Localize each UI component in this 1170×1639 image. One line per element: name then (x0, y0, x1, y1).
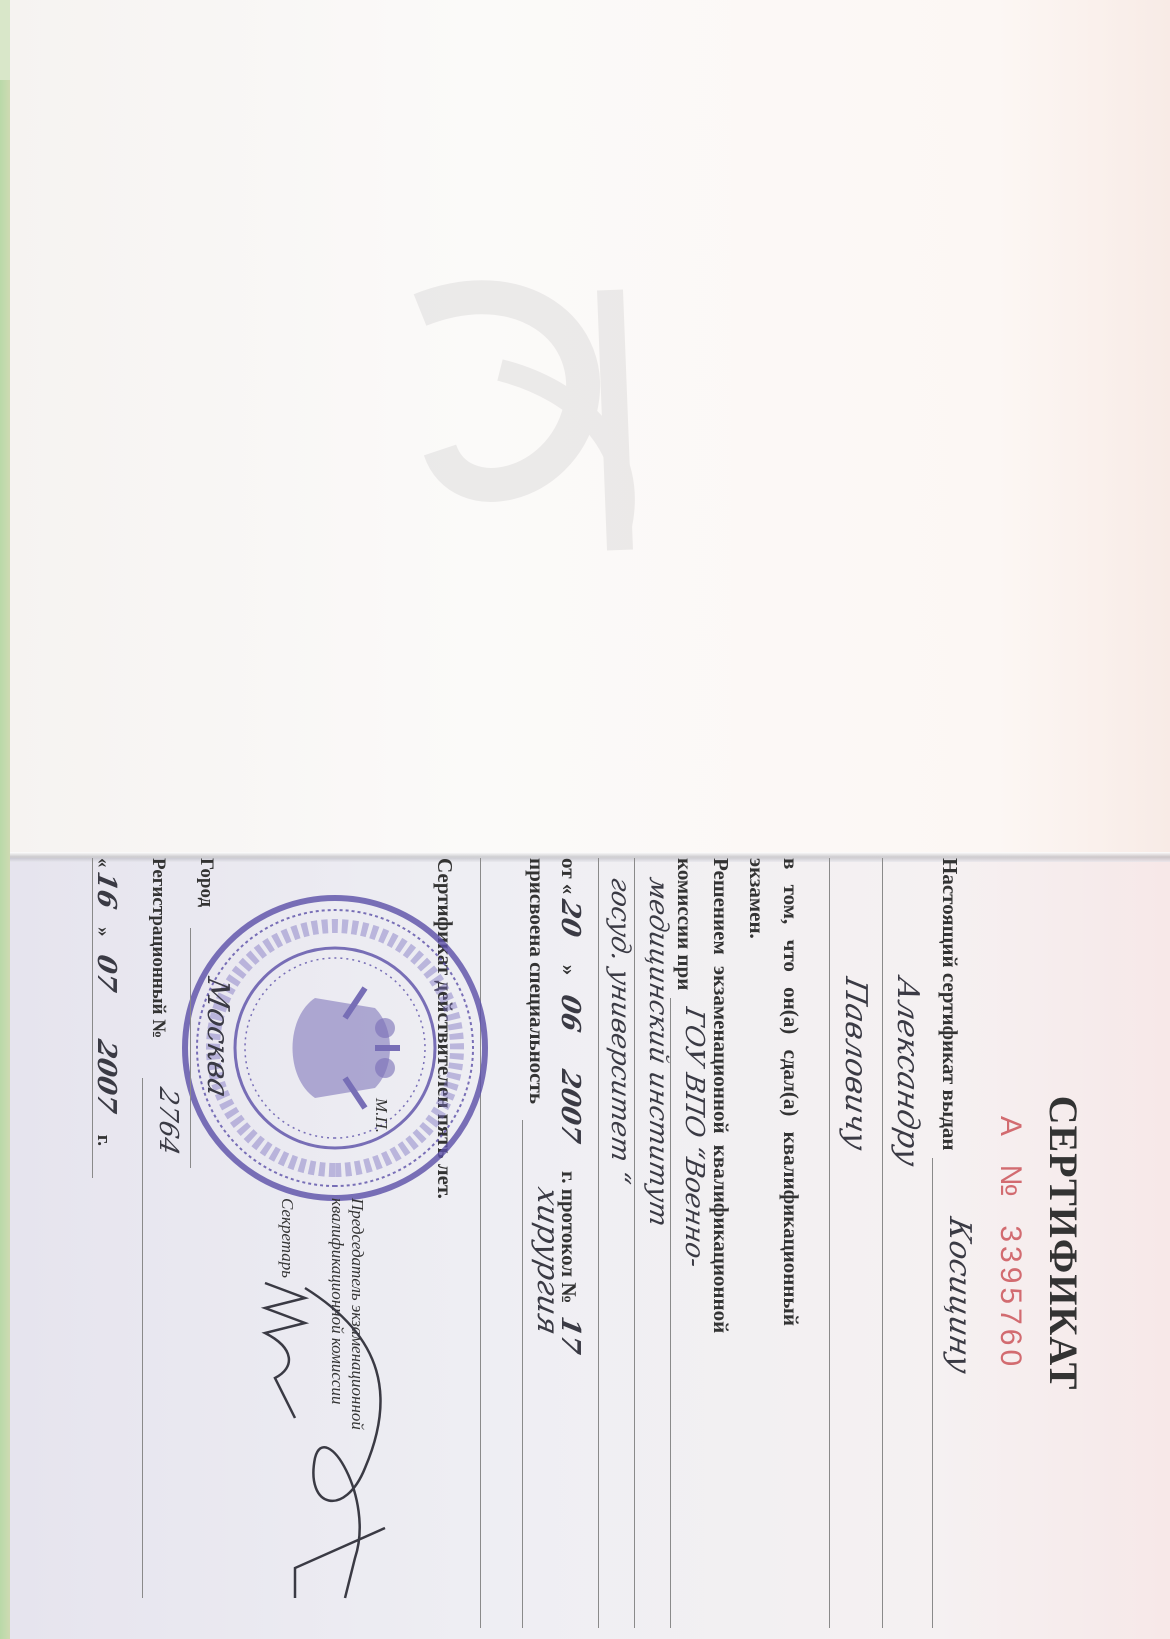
serial-series: А (994, 1116, 1027, 1140)
passed-statement-end: экзамен. (744, 858, 769, 939)
holder-patronymic-line (829, 858, 830, 1628)
holder-surname: Косицину (942, 1214, 977, 1376)
issued-to-label: Настоящий сертификат выдан (937, 858, 962, 1150)
holder-name: Александру (890, 974, 925, 1169)
specialty-label: присвоена специальность (524, 858, 549, 1104)
decision-year: 2007 (555, 1067, 585, 1169)
issue-open-quote: « (93, 858, 114, 868)
holder-surname-line (932, 1158, 933, 1628)
date-prefix: от « (557, 858, 581, 894)
stamp-place-label: М.П. (371, 1098, 391, 1133)
secretary-label: Секретарь (277, 1198, 297, 1278)
issue-year: 2007 (91, 1037, 121, 1133)
specialty-line (522, 1120, 523, 1628)
certificate-body: СЕРТИФИКАТ А № 3395760 Настоящий сертифи… (25, 858, 1105, 1628)
secretary-signature-icon (255, 1278, 315, 1428)
emblem-watermark-icon (380, 250, 680, 570)
holder-name-line (882, 858, 883, 1628)
commission-name-1: ГОУ ВПО “Военно- (679, 1005, 709, 1270)
passed-statement: в том, что он(а) сдал(а) квалификационны… (778, 858, 803, 1326)
serial-number: 3395760 (994, 1225, 1027, 1370)
city-line (190, 928, 191, 1168)
issue-date-line (92, 858, 93, 1178)
decision-day: 20 (555, 896, 585, 962)
registration-number: 2764 (153, 1085, 183, 1158)
registration-line (142, 1078, 143, 1598)
commission-name-3: госуд. университет “ (605, 875, 635, 1187)
holder-patronymic: Павловичу (838, 974, 873, 1153)
issue-month: 07 (91, 952, 121, 1038)
issue-date-row: « 16 » 07 2007 г. (91, 858, 121, 1146)
date-mid: » (557, 965, 581, 976)
serial-number-sign: № (994, 1165, 1027, 1201)
decision-label: Решением экзаменационной квалификационно… (708, 858, 733, 1333)
registration-label: Регистрационный № (147, 858, 169, 1038)
city-label: Город (195, 858, 217, 907)
city-value: Москва (200, 974, 235, 1100)
commission-line-3 (598, 858, 599, 1628)
specialty-value: хирургия (530, 1184, 565, 1338)
issue-close-quote: » (93, 927, 114, 937)
issue-day: 16 (91, 869, 121, 925)
certificate-title: СЕРТИФИКАТ (1040, 858, 1087, 1628)
issue-year-suffix: г. (93, 1135, 114, 1146)
commission-label: комиссии при (672, 858, 697, 990)
commission-name-2: медицинский институт (643, 875, 673, 1230)
certificate-serial: А № 3395760 (993, 858, 1027, 1628)
decision-month: 06 (555, 991, 585, 1067)
